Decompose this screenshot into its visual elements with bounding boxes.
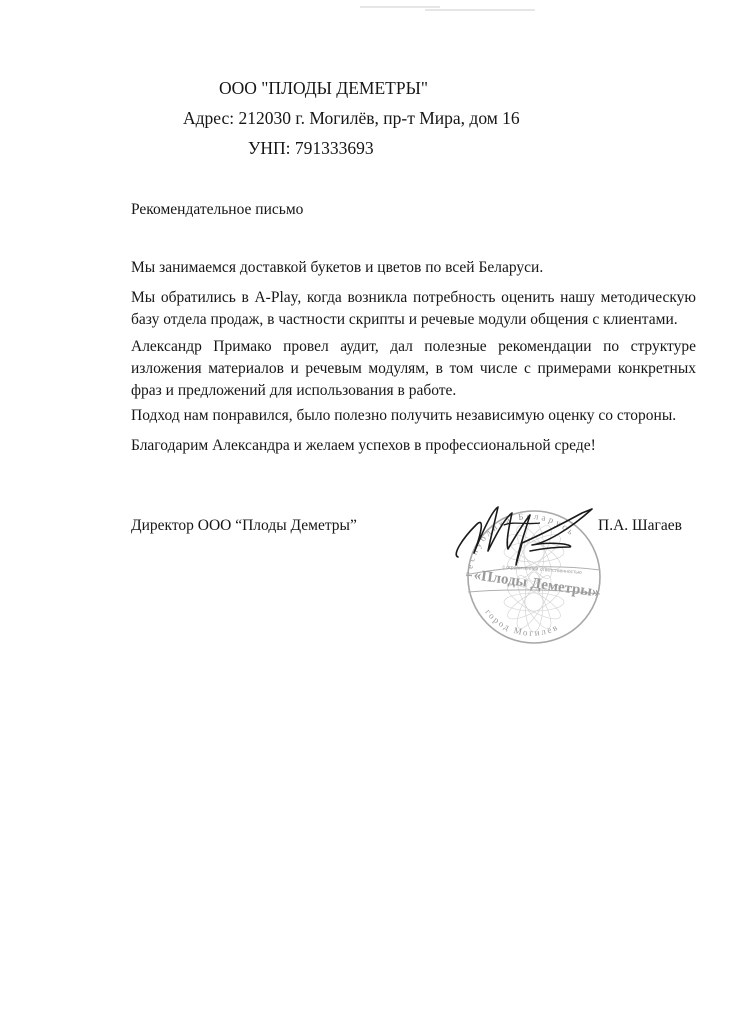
company-address: Адрес: 212030 г. Могилёв, пр-т Мира, дом… (183, 108, 520, 129)
svg-text:город Могилев: город Могилев (483, 607, 560, 638)
signatory-name: П.А. Шагаев (598, 517, 682, 535)
paragraph-2: Мы обратились в A-Play, когда возникла п… (131, 287, 696, 331)
paragraph-4: Подход нам понравился, было полезно полу… (131, 405, 676, 427)
handwritten-signature (450, 495, 610, 575)
paragraph-1: Мы занимаемся доставкой букетов и цветов… (131, 257, 543, 279)
paragraph-3: Александр Примако провел аудит, дал поле… (131, 336, 696, 402)
paragraph-5: Благодарим Александра и желаем успехов в… (131, 435, 596, 457)
company-unp: УНП: 791333693 (248, 138, 374, 159)
letter-title: Рекомендательное письмо (131, 199, 303, 221)
scan-artifact (360, 6, 440, 8)
company-name: ООО "ПЛОДЫ ДЕМЕТРЫ" (219, 78, 428, 99)
scan-artifact (425, 9, 535, 11)
signatory-position: Директор ООО “Плоды Деметры” (131, 517, 357, 535)
